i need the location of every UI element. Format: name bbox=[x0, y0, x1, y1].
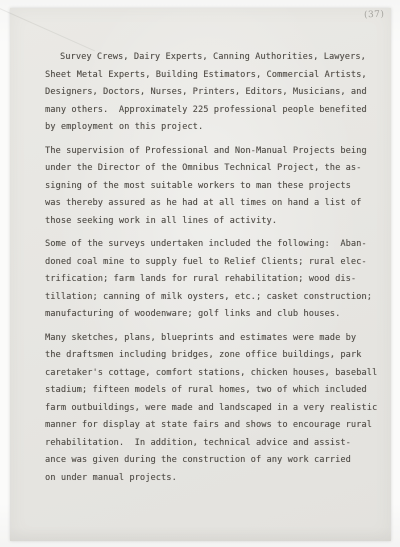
text-line: signing of the most suitable workers to … bbox=[45, 178, 373, 196]
paragraph: Some of the surveys undertaken included … bbox=[45, 236, 373, 324]
text-line: trification; farm lands for rural rehabi… bbox=[45, 271, 373, 289]
text-line: those seeking work in all lines of activ… bbox=[45, 213, 373, 231]
paragraph: The supervision of Professional and Non-… bbox=[45, 143, 373, 231]
text-line: farm outbuildings, were made and landsca… bbox=[45, 400, 373, 418]
text-line: on under manual projects. bbox=[45, 470, 373, 488]
paragraph: Many sketches, plans, blueprints and est… bbox=[45, 330, 373, 488]
text-line: The supervision of Professional and Non-… bbox=[45, 143, 373, 161]
text-line: Sheet Metal Experts, Building Estimators… bbox=[45, 67, 373, 85]
text-line: many others. Approximately 225 professio… bbox=[45, 102, 373, 120]
text-line: rehabilitation. In addition, technical a… bbox=[45, 435, 373, 453]
text-line: Designers, Doctors, Nurses, Printers, Ed… bbox=[45, 84, 373, 102]
text-line: Many sketches, plans, blueprints and est… bbox=[45, 330, 373, 348]
document-text: Survey Crews, Dairy Experts, Canning Aut… bbox=[45, 49, 373, 493]
document-page: (37) Survey Crews, Dairy Experts, Cannin… bbox=[10, 8, 391, 541]
text-line: Survey Crews, Dairy Experts, Canning Aut… bbox=[45, 49, 373, 67]
text-line: under the Director of the Omnibus Techni… bbox=[45, 160, 373, 178]
text-line: ance was given during the construction o… bbox=[45, 452, 373, 470]
page-number-annotation: (37) bbox=[363, 10, 384, 21]
text-line: manufacturing of woodenware; golf links … bbox=[45, 306, 373, 324]
scan-background: (37) Survey Crews, Dairy Experts, Cannin… bbox=[0, 0, 400, 547]
text-line: Some of the surveys undertaken included … bbox=[45, 236, 373, 254]
text-line: manner for display at state fairs and sh… bbox=[45, 417, 373, 435]
text-line: stadium; fifteen models of rural homes, … bbox=[45, 382, 373, 400]
text-line: caretaker's cottage, comfort stations, c… bbox=[45, 365, 373, 383]
text-line: tillation; canning of milk oysters, etc.… bbox=[45, 289, 373, 307]
text-line: doned coal mine to supply fuel to Relief… bbox=[45, 254, 373, 272]
text-line: the draftsmen including bridges, zone of… bbox=[45, 347, 373, 365]
text-line: was thereby assured as he had at all tim… bbox=[45, 195, 373, 213]
text-line: by employment on this project. bbox=[45, 119, 373, 137]
paragraph: Survey Crews, Dairy Experts, Canning Aut… bbox=[45, 49, 373, 137]
